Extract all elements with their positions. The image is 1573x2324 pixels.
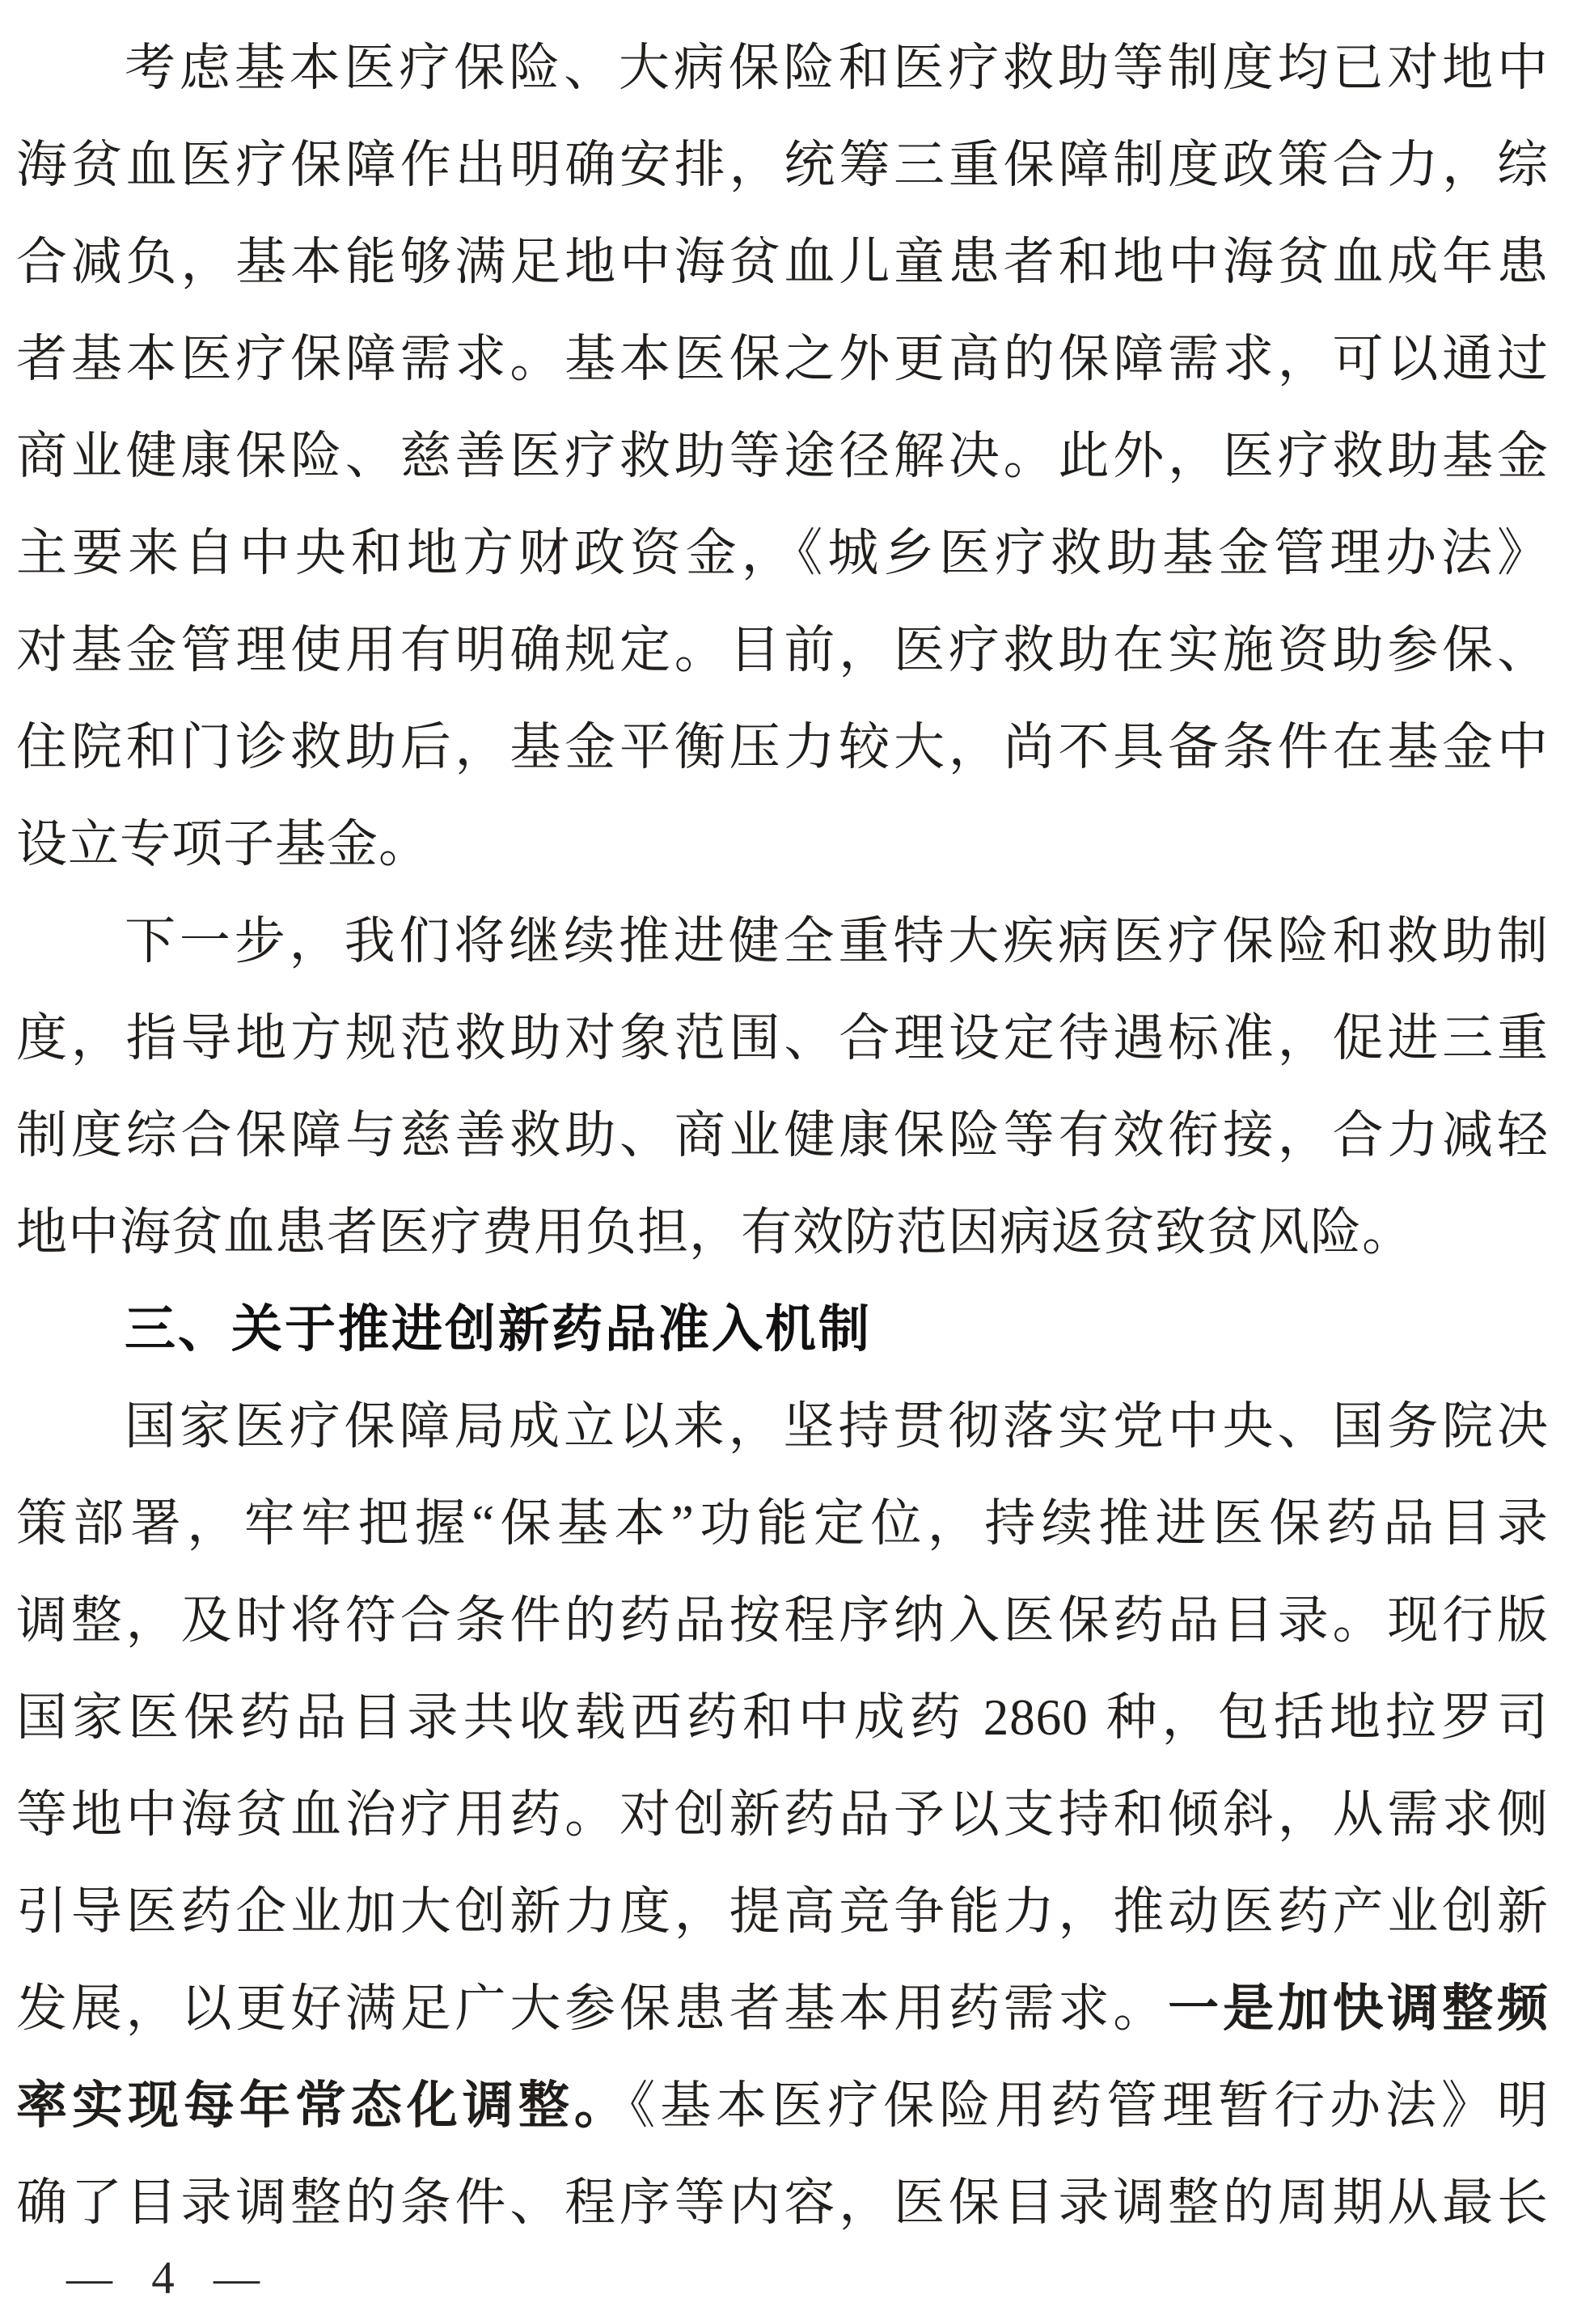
text-line: 制度综合保障与慈善救助、商业健康保险等有效衔接，合力减轻 [16, 1087, 1549, 1184]
document-body: 考虑基本医疗保险、大病保险和医疗救助等制度均已对地中海贫血医疗保障作出明确安排，… [16, 19, 1549, 2251]
text-segment: 率实现每年常态化调整。 [16, 2077, 630, 2134]
text-segment: 下一步，我们将继续推进健全重特大疾病医疗保险和救助制 [125, 913, 1549, 970]
text-line: 国家医保药品目录共收载西药和中成药 2860 种，包括地拉罗司 [16, 1669, 1549, 1766]
text-segment: 海贫血医疗保障作出明确安排，统筹三重保障制度政策合力，综 [16, 137, 1549, 193]
text-segment: 度，指导地方规范救助对象范围、合理设定待遇标准，促进三重 [16, 1010, 1549, 1067]
text-segment: 主要来自中央和地方财政资金，《城乡医疗救助基金管理办法》 [16, 525, 1549, 581]
text-line: 考虑基本医疗保险、大病保险和医疗救助等制度均已对地中 [16, 19, 1549, 116]
text-segment: 三、关于推进创新药品准入机制 [125, 1301, 872, 1358]
text-line: 设立专项子基金。 [16, 796, 1549, 893]
text-line: 国家医疗保障局成立以来，坚持贯彻落实党中央、国务院决 [16, 1378, 1549, 1475]
text-segment: 商业健康保险、慈善医疗救助等途径解决。此外，医疗救助基金 [16, 428, 1549, 484]
text-line: 海贫血医疗保障作出明确安排，统筹三重保障制度政策合力，综 [16, 116, 1549, 213]
text-segment: 调整，及时将符合条件的药品按程序纳入医保药品目录。现行版 [16, 1592, 1549, 1649]
text-line: 发展，以更好满足广大参保患者基本用药需求。一是加快调整频 [16, 1960, 1549, 2057]
text-line: 主要来自中央和地方财政资金，《城乡医疗救助基金管理办法》 [16, 505, 1549, 602]
text-segment: 者基本医疗保障需求。基本医保之外更高的保障需求，可以通过 [16, 331, 1549, 387]
text-segment: 设立专项子基金。 [16, 816, 430, 873]
text-line: 商业健康保险、慈善医疗救助等途径解决。此外，医疗救助基金 [16, 408, 1549, 505]
section-heading: 三、关于推进创新药品准入机制 [16, 1281, 1549, 1378]
text-line: 率实现每年常态化调整。《基本医疗保险用药管理暂行办法》明 [16, 2057, 1549, 2154]
text-segment: 一是加快调整频 [1168, 1980, 1549, 2037]
text-segment: 发展，以更好满足广大参保患者基本用药需求。 [16, 1980, 1168, 2037]
page-number: — 4 — [66, 2246, 266, 2311]
text-line: 下一步，我们将继续推进健全重特大疾病医疗保险和救助制 [16, 893, 1549, 990]
text-segment: 制度综合保障与慈善救助、商业健康保险等有效衔接，合力减轻 [16, 1107, 1549, 1164]
text-line: 策部署，牢牢把握“保基本”功能定位，持续推进医保药品目录 [16, 1475, 1549, 1572]
text-line: 引导医药企业加大创新力度，提高竞争能力，推动医药产业创新 [16, 1863, 1549, 1960]
text-segment: 确了目录调整的条件、程序等内容，医保目录调整的周期从最长 [16, 2174, 1549, 2231]
text-line: 对基金管理使用有明确规定。目前，医疗救助在实施资助参保、 [16, 602, 1549, 699]
text-segment: 合减负，基本能够满足地中海贫血儿童患者和地中海贫血成年患 [16, 234, 1549, 290]
text-line: 地中海贫血患者医疗费用负担，有效防范因病返贫致贫风险。 [16, 1184, 1549, 1281]
document-page: 考虑基本医疗保险、大病保险和医疗救助等制度均已对地中海贫血医疗保障作出明确安排，… [0, 0, 1573, 2324]
text-line: 调整，及时将符合条件的药品按程序纳入医保药品目录。现行版 [16, 1572, 1549, 1669]
text-segment: 对基金管理使用有明确规定。目前，医疗救助在实施资助参保、 [16, 622, 1549, 678]
text-segment: 地中海贫血患者医疗费用负担，有效防范因病返贫致贫风险。 [16, 1204, 1414, 1261]
text-segment: 策部署，牢牢把握“保基本”功能定位，持续推进医保药品目录 [16, 1495, 1549, 1552]
text-line: 度，指导地方规范救助对象范围、合理设定待遇标准，促进三重 [16, 990, 1549, 1087]
text-segment: 住院和门诊救助后，基金平衡压力较大，尚不具备条件在基金中 [16, 719, 1549, 775]
text-segment: 引导医药企业加大创新力度，提高竞争能力，推动医药产业创新 [16, 1883, 1549, 1940]
text-segment: 《基本医疗保险用药管理暂行办法》明 [630, 2077, 1549, 2134]
text-line: 确了目录调整的条件、程序等内容，医保目录调整的周期从最长 [16, 2154, 1549, 2251]
text-line: 等地中海贫血治疗用药。对创新药品予以支持和倾斜，从需求侧 [16, 1766, 1549, 1863]
text-segment: 国家医疗保障局成立以来，坚持贯彻落实党中央、国务院决 [125, 1398, 1549, 1455]
text-segment: 等地中海贫血治疗用药。对创新药品予以支持和倾斜，从需求侧 [16, 1786, 1549, 1843]
text-line: 住院和门诊救助后，基金平衡压力较大，尚不具备条件在基金中 [16, 699, 1549, 796]
text-line: 合减负，基本能够满足地中海贫血儿童患者和地中海贫血成年患 [16, 213, 1549, 311]
text-segment: 考虑基本医疗保险、大病保险和医疗救助等制度均已对地中 [125, 40, 1549, 96]
text-line: 者基本医疗保障需求。基本医保之外更高的保障需求，可以通过 [16, 311, 1549, 408]
text-segment: 国家医保药品目录共收载西药和中成药 2860 种，包括地拉罗司 [16, 1689, 1549, 1746]
